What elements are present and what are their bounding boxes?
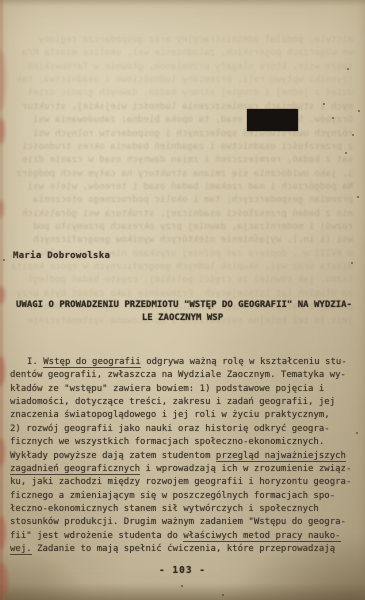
paragraph-line: wiadomości, dotyczące treści, zakresu i … [10,396,350,409]
ink-speck [222,594,224,596]
paragraph-line: ku, jaki zachodzi między rozwojem geogra… [10,476,350,489]
edge-stain [0,356,5,386]
ink-speck [3,259,5,261]
ghost-line: miasta oraz wsi, skupisk ludnych geograf… [7,261,353,274]
ghost-line: nych i studniach rozmieszczenia ludności… [7,101,353,114]
edge-stain [0,118,5,144]
ghost-line: także wsie, które ulegały przemianom, gł… [7,61,353,74]
scanned-page: mictwie, podział administracyjny oraz go… [0,0,365,600]
ghost-line: dział z jednej i drugiej strony badań, d… [7,87,353,100]
edge-stain [0,286,5,304]
ghost-line: lizmu, jak również ze części polskiej; c… [7,274,353,287]
paragraph-line: 2) rozwój geografii jako nauki oraz hist… [10,423,350,436]
paragraph-line: ficznego a zmieniającym się w poszczegól… [10,490,350,503]
ink-speck [356,432,358,434]
ghost-line: Grzybów. Skąd iluść osad, ta opoka biedn… [7,114,353,127]
ink-speck [352,134,354,136]
paragraph-line: znaczenia światopoglądowego i jej roli w… [10,409,350,422]
ink-speck [357,196,359,198]
paragraph-line: stosunków produkcji. Drugim ważnym zadan… [10,516,350,529]
ghost-line: sat z badań, rozmieszczeń i zmian dawnyc… [7,154,353,167]
paragraph: I. Wstęp do geografii odgrywa ważną rolę… [10,356,350,556]
ink-speck [358,110,360,112]
document-title-line1: UWAGI O PROWADZENIU PRZEDMIOTU "WSTĘP DO… [16,300,352,310]
paragraph-line: Wykłady powyższe dają zatem studentom pr… [10,450,350,463]
ghost-line: i, jako uwidocznia się zmiana struktury … [7,168,353,181]
ghost-line: mictwie, podział administracyjny oraz go… [7,34,353,47]
ghost-line: Na podgórzach i nad rzekami badań osad i… [7,181,353,194]
ink-speck [347,68,349,70]
ghost-line: z przeszłości osadnictwa i zagadnień bad… [7,141,353,154]
ink-speck [351,262,353,264]
edge-stain [0,438,5,466]
ghost-line: we wzgorzach pogórskich, zaludnienie wsi… [7,47,353,60]
paragraph-line: zagadnień geograficznych i wprowadzają i… [10,463,350,476]
paragraph-line: ficznych we wszystkich formacjach społec… [10,436,350,449]
paragraph-line: I. Wstęp do geografii odgrywa ważną rolę… [10,356,350,369]
edge-stain [0,50,6,110]
ghost-line: różnych uwarstwowień społecznych i gospo… [7,128,353,141]
edge-stain [0,200,4,218]
ghost-line: przemian gospodarczych; tam i okolic pod… [7,194,353,207]
page-top-edge-shadow [0,0,365,6]
ink-speck [323,103,325,105]
ink-speck [345,152,347,154]
ghost-line: wsi (i in.), wyjaśnienie niektórych wyni… [7,234,353,247]
paragraph-line: łeczno-ekonomicznych stanem sił wytwórcz… [10,503,350,516]
paragraph-line: dentów geografii, zwłaszcza na Wydziale … [10,369,350,382]
ghost-line: nio z badań przeszłości osadniczej, stru… [7,208,353,221]
redaction-mark [247,109,298,131]
ink-speck [332,117,334,119]
ghost-line: czynniki wpływu roli, przemiany ludności… [7,74,353,87]
author-name: Maria Dobrowolska [13,251,110,261]
paragraph-line: kładów ze "wstępu" zawiera bowiem: 1) po… [10,383,350,396]
ghost-line: rozwój i modernizacja, dawniej przy okre… [7,221,353,234]
document-title-line2: LE ZAOCZNYM WSP [0,313,365,323]
ink-speck [181,585,183,587]
